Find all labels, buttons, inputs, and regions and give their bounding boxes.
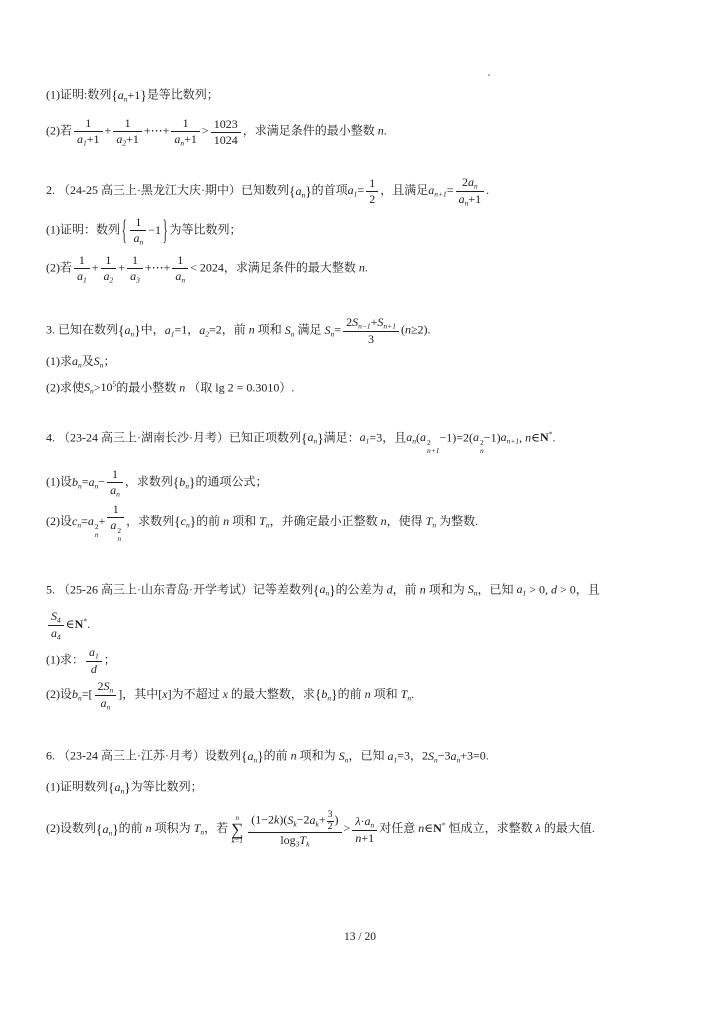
math-text: 对任意 [379, 821, 418, 835]
braced-set: {cn} [174, 513, 196, 530]
math-superscripted: N* [75, 617, 87, 631]
fraction: 1a2+1 [113, 116, 142, 148]
math-subscripted: an [174, 132, 184, 146]
math-text: 1 [132, 253, 138, 267]
math-text: 的前 [119, 821, 146, 835]
math-text: 的通项公式； [195, 475, 267, 489]
math-text: = [81, 514, 88, 528]
math-text: 1024 [214, 133, 238, 147]
sum-lower: k=1 [232, 837, 243, 845]
math-text: + [92, 261, 99, 275]
math-text: ，且满足 [380, 183, 428, 197]
math-subscripted: a4 [51, 626, 61, 640]
line-p5-head2: S4a4∈N*. [46, 609, 694, 642]
math-superscripted: 105 [101, 380, 117, 394]
line-p4-part2: (2)设cn=a2n+1a2n，求数列{cn}的前 n 项和 Tn，并确定最小正… [46, 502, 694, 543]
math-text: > [344, 821, 351, 835]
math-subscripted: a2 [116, 132, 126, 146]
document-lines: (1)证明:数列{an+1}是等比数列；(2)若1a1+1+1a2+1+⋯+1a… [0, 0, 720, 849]
math-text: ∈ [531, 430, 540, 444]
math-var: d [91, 662, 97, 676]
math-text: 项和 [229, 514, 259, 528]
math-text: +⋯+ [145, 261, 171, 275]
math-subscripted: S4 [51, 609, 61, 623]
math-text: log [280, 833, 295, 847]
math-subscripted: Tn [401, 687, 411, 701]
fraction: 10231024 [211, 117, 241, 148]
math-subscripted: Sn [325, 323, 335, 337]
math-text: (2)设 [46, 687, 72, 701]
math-text: (1)证明数列 [46, 779, 108, 793]
math-text: + [99, 514, 106, 528]
math-text: . [552, 430, 555, 444]
stray-mark [488, 74, 490, 76]
page-number: 13 / 20 [0, 931, 720, 943]
math-text: 为等比数列； [169, 223, 241, 237]
math-text: 的最小整数 [116, 380, 179, 394]
braced-set: {an} [313, 582, 336, 599]
fraction: a1d [86, 645, 102, 677]
math-text: (2)设 [46, 514, 72, 528]
line-p2-part1: (1)证明：数列{1an−1}为等比数列； [46, 215, 694, 247]
math-text: (2)求使 [46, 380, 84, 394]
summation: n∑k=1 [231, 814, 243, 845]
braced-set: {an+1} [111, 87, 146, 104]
braced-set: {bn} [173, 474, 196, 491]
fraction: 2anan+1 [456, 175, 485, 208]
math-superscripted: N* [433, 821, 445, 835]
math-text: (1)证明：数列 [46, 223, 120, 237]
math-subscripted: an [459, 192, 469, 206]
math-subscripted: Sn [285, 323, 295, 337]
braced-set: {an} [289, 183, 312, 200]
line-p5-part1: (1)求：a1d； [46, 645, 694, 677]
math-subscripted: an [451, 749, 461, 763]
math-superscripted: N* [540, 430, 552, 444]
math-text: + [319, 813, 326, 827]
math-subscripted: a1 [77, 132, 87, 146]
math-subscripted: ak [309, 813, 318, 827]
math-subscripted: a1 [89, 645, 99, 659]
braced-set: {bn} [315, 686, 338, 703]
fraction: 32 [327, 810, 334, 832]
math-text: 满足 [295, 323, 325, 337]
braced-set: {an} [108, 779, 131, 796]
math-subscripted: a1 [348, 183, 358, 197]
math-text: (1)求 [46, 354, 72, 368]
math-subscripted: bn [321, 687, 331, 703]
math-text: ，已知 [348, 749, 387, 763]
math-text: =3，且 [369, 430, 406, 444]
math-subscripted: a2 [104, 269, 114, 283]
math-subscripted: Sn [339, 749, 349, 763]
math-subscripted: Tn [194, 821, 204, 835]
math-text: =1， [174, 323, 199, 337]
math-text: < 2024，求满足条件的最大整数 [190, 261, 359, 275]
math-text: 项和为 [426, 582, 468, 596]
math-text: (1)证明:数列 [46, 87, 111, 101]
math-subscripted: Sn+1 [377, 315, 396, 329]
fraction: 1a3 [127, 253, 143, 285]
math-text: =[ [82, 687, 93, 701]
math-text: −2 [297, 813, 310, 827]
fraction: 1an+1 [171, 116, 200, 148]
math-text: ∈ [424, 821, 433, 835]
math-text: 项积为 [152, 821, 194, 835]
left-brace: { [121, 213, 128, 250]
fraction: 1a2 [101, 253, 117, 285]
math-text: ) [335, 813, 339, 827]
line-p5-part2: (2)设bn=[2Snan]，其中[x]为不超过 x 的最大整数，求{bn}的前… [46, 679, 694, 712]
math-text: (2)若 [46, 261, 72, 275]
math-text: ，求数列 [125, 475, 173, 489]
math-subscripted: an [124, 323, 134, 339]
math-subscripted: Sn [428, 749, 438, 763]
math-text: (1−2 [251, 813, 274, 827]
line-p6-part2: (2)设数列{an}的前 n 项积为 Tn，若n∑k=1(1−2k)(Sk−2a… [46, 810, 694, 849]
math-text: 1 [79, 253, 85, 267]
math-text: + [105, 124, 112, 138]
math-subscripted: a1 [360, 430, 370, 444]
math-text: = [82, 475, 89, 489]
math-subscripted: Sn [94, 354, 104, 368]
math-text: (1)求： [46, 653, 84, 667]
math-subscripted: Tn [426, 514, 436, 528]
math-text: 4. （23-24 高三上·湖南长沙·月考）已知正项数列 [46, 430, 301, 444]
math-subscripted: bn [72, 687, 82, 701]
math-text: +1 [184, 132, 197, 146]
math-subscripted: an [319, 582, 329, 598]
math-text: 1 [177, 253, 183, 267]
math-subscripted: a3 [130, 269, 140, 283]
fraction: 12 [366, 176, 378, 207]
fraction: 1an [172, 253, 188, 285]
math-text: . [486, 183, 489, 197]
fraction: 2Sn−1+Sn+13 [343, 315, 399, 347]
fraction: 1a1 [74, 253, 90, 285]
line-p1-part2: (2)若1a1+1+1a2+1+⋯+1an+1>10231024，求满足条件的最… [46, 116, 694, 148]
math-subscripted: Tn [259, 514, 269, 528]
math-text: . [384, 124, 387, 138]
math-text: 6. （23-24 高三上·江苏·月考）设数列 [46, 749, 241, 763]
line-p3-part2: (2)求使Sn>105的最小整数 n （取 lg 2 = 0.3010）. [46, 380, 694, 397]
line-p6-part1: (1)证明数列{an}为等比数列； [46, 779, 694, 796]
math-subscripted: an [175, 269, 185, 283]
math-subscripted: an [307, 430, 317, 446]
math-text: ； [104, 354, 116, 368]
math-text: ，求满足条件的最小整数 [243, 124, 378, 138]
math-text: ，并确定最小正整数 [270, 514, 381, 528]
math-subscripted: cn [181, 514, 190, 530]
math-text: 1023 [214, 117, 238, 131]
math-subscripted: an [89, 475, 99, 489]
math-subscripted: an [114, 780, 124, 796]
math-text: 中， [141, 323, 165, 337]
math-subscripted: Sn [84, 380, 94, 394]
math-text: 3. 已知在数列 [46, 323, 118, 337]
braced-set: {an} [96, 821, 119, 838]
math-text: (2)设数列 [46, 821, 96, 835]
math-subscripted: Tk [299, 833, 309, 847]
math-text: 项和为 [297, 749, 339, 763]
math-text: > 0, [526, 582, 551, 596]
math-text: =3，2 [397, 749, 428, 763]
math-subscripted: Sn [104, 679, 114, 693]
math-text: ，前 [393, 582, 420, 596]
math-subscripted: an [102, 822, 112, 838]
math-text: 1 [135, 215, 141, 229]
math-text: 的最大整数，求 [228, 687, 315, 701]
math-text: +⋯+ [144, 124, 170, 138]
math-text: = [447, 183, 454, 197]
math-text: 的前 [196, 514, 223, 528]
fraction: 1an [107, 467, 123, 499]
math-text: ，求数列 [126, 514, 174, 528]
math-text: 1 [183, 116, 189, 130]
math-subscripted: a1 [165, 323, 175, 337]
math-subscripted: bn [72, 475, 82, 489]
math-text: 1 [85, 116, 91, 130]
math-subsup: a2n+1 [420, 430, 440, 444]
math-subscripted: an [406, 430, 416, 444]
math-text: . [365, 261, 368, 275]
sigma-icon: ∑ [231, 822, 243, 837]
fraction: 2Snan [95, 679, 117, 712]
line-p2-part2: (2)若1a1+1a2+1a3+⋯+1an< 2024，求满足条件的最大整数 n… [46, 253, 694, 285]
line-p6-head: 6. （23-24 高三上·江苏·月考）设数列{an}的前 n 项和为 Sn，已… [46, 748, 694, 765]
math-text: > [202, 124, 209, 138]
math-text: −3 [438, 749, 451, 763]
line-p2-head: 2. （24-25 高三上·黑龙江大庆·期中）已知数列{an}的首项a1=12，… [46, 175, 694, 208]
math-text: 1 [113, 502, 119, 516]
math-text: = [334, 323, 341, 337]
math-subscripted: cn [72, 514, 81, 528]
math-subscripted: Sk [287, 813, 296, 827]
math-text: 的首项 [312, 183, 348, 197]
math-text: −1 [148, 223, 161, 239]
math-text: 是等比数列； [147, 87, 219, 101]
line-p4-part1: (1)设bn=an−1an，求数列{bn}的通项公式； [46, 467, 694, 499]
line-p4-head: 4. （23-24 高三上·湖南长沙·月考）已知正项数列{an}满足：a1=3，… [46, 430, 694, 455]
math-subscripted: an [365, 814, 375, 828]
math-text: ∈ [66, 617, 75, 631]
math-subscripted: an [247, 749, 257, 765]
math-text: . [411, 687, 414, 701]
math-text: . [87, 617, 90, 631]
math-text: 的前 [338, 687, 365, 701]
math-text: ]为不超过 [168, 687, 223, 701]
math-text: （取 lg 2 = 0.3010）. [185, 380, 294, 394]
math-text: 1 [105, 253, 111, 267]
fraction: S4a4 [48, 609, 64, 642]
math-text: ，若 [204, 821, 228, 835]
math-subscripted: Sn [468, 582, 478, 596]
math-subscripted: an [468, 175, 478, 189]
math-subscripted: an [110, 483, 120, 497]
braced-set: {an} [118, 322, 141, 339]
braced-set: {an} [301, 430, 324, 447]
math-text: ]，其中[ [118, 687, 162, 701]
math-text: ，已知 [477, 582, 516, 596]
math-text: +1 [361, 831, 374, 845]
math-subscripted: a1 [387, 749, 397, 763]
line-p1-part1: (1)证明:数列{an+1}是等比数列； [46, 87, 694, 104]
braced-set: {1an−1} [120, 215, 169, 247]
math-text: 为整数. [436, 514, 478, 528]
math-text: + [118, 261, 125, 275]
math-subscripted: an [72, 354, 82, 368]
math-text: −1)=2( [440, 430, 474, 444]
math-subscripted: a1 [77, 269, 87, 283]
math-text: > [94, 380, 101, 394]
math-text: 项和 [371, 687, 401, 701]
math-text: 项和 [255, 323, 285, 337]
math-text: 满足： [324, 430, 360, 444]
math-text: (1)设 [46, 475, 72, 489]
math-text: 及 [82, 354, 94, 368]
math-text: 1 [125, 116, 131, 130]
math-text: +1 [468, 192, 481, 206]
math-text: −1) [484, 430, 501, 444]
math-subscripted: an [118, 88, 128, 104]
math-text: +3=0. [460, 749, 489, 763]
line-p3-part1: (1)求an及Sn； [46, 354, 694, 370]
math-text: +1 [128, 88, 141, 104]
math-text: = [357, 183, 364, 197]
math-subscripted: an+1 [428, 183, 447, 197]
math-text: 3 [328, 809, 333, 820]
math-text: +1 [126, 132, 139, 146]
math-subsup: a2n [110, 518, 121, 532]
math-text: 2 [369, 192, 375, 206]
right-brace: } [162, 213, 169, 250]
math-text: 的前 [264, 749, 291, 763]
fraction: 1a1+1 [74, 116, 103, 148]
math-subscripted: a2 [199, 323, 209, 337]
math-subscripted: Sn−1 [352, 315, 371, 329]
math-text: 5. （25-26 高三上·山东青岛·开学考试）记等差数列 [46, 582, 313, 596]
math-subsup: a2n [88, 514, 99, 528]
math-subscripted: bn [179, 475, 189, 491]
math-text: +1 [87, 132, 100, 146]
math-text: =2，前 [209, 323, 249, 337]
fraction: 1a2n [107, 502, 124, 543]
math-text: − [98, 475, 105, 489]
math-text: ，使得 [387, 514, 426, 528]
fraction: 1an [130, 215, 146, 247]
math-text: 1 [369, 176, 375, 190]
line-p3-head: 3. 已知在数列{an}中，a1=1，a2=2，前 n 项和 Sn 满足 Sn=… [46, 315, 694, 347]
math-subsup: a2n [473, 430, 484, 444]
math-subscripted: a1 [516, 582, 526, 596]
math-subscripted: an+1 [501, 430, 520, 444]
math-text: 2 [328, 821, 333, 832]
math-text: 的公差为 [336, 582, 387, 596]
fraction: (1−2k)(Sk−2ak+32)log3Tk [248, 810, 341, 849]
math-text: 恒成立，求整数 [446, 821, 536, 835]
math-subscripted: an [295, 184, 305, 200]
math-subscripted: an [101, 696, 111, 710]
math-text: 2. （24-25 高三上·黑龙江大庆·期中）已知数列 [46, 183, 289, 197]
line-p5-head: 5. （25-26 高三上·山东青岛·开学考试）记等差数列{an}的公差为 d，… [46, 582, 694, 599]
math-text: 为等比数列； [131, 779, 203, 793]
math-text: 3 [368, 332, 374, 346]
math-text: 的最大值. [541, 821, 595, 835]
worksheet-page: (1)证明:数列{an+1}是等比数列；(2)若1a1+1+1a2+1+⋯+1a… [0, 0, 720, 1018]
math-subscripted: an [133, 231, 143, 245]
math-text: (2)若 [46, 124, 72, 138]
math-text: ≥2). [411, 323, 431, 337]
math-text: > 0，且 [557, 582, 600, 596]
math-text: 1 [112, 467, 118, 481]
braced-set: {an} [241, 748, 264, 765]
math-text: ； [104, 653, 116, 667]
fraction: λ·ann+1 [352, 814, 377, 846]
